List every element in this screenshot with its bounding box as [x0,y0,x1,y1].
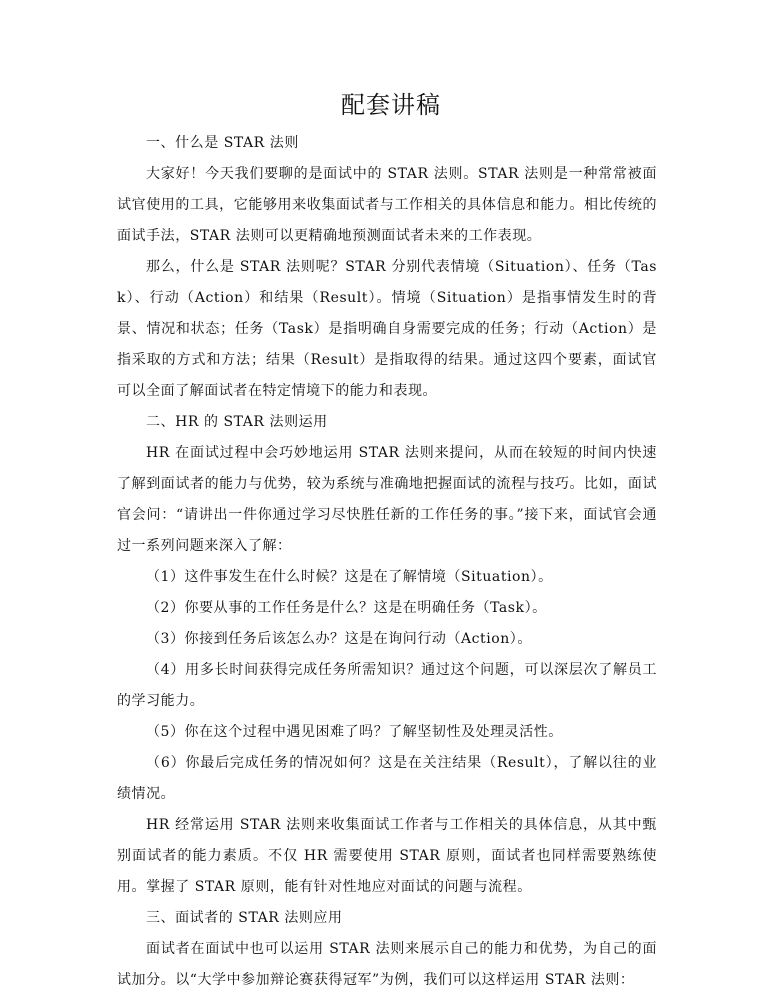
list-item-question-2: （2）你要从事的工作任务是什么？这是在明确任务（Task）。 [117,593,657,624]
list-item-question-5: （5）你在这个过程中遇见困难了吗？了解坚韧性及处理灵活性。 [117,717,657,748]
section-heading-3: 三、面试者的 STAR 法则应用 [117,903,657,934]
document-page: 配套讲稿 一、什么是 STAR 法则 大家好！今天我们要聊的是面试中的 STAR… [117,88,657,996]
document-title: 配套讲稿 [125,88,657,122]
list-item-question-3: （3）你接到任务后该怎么办？这是在询问行动（Action）。 [117,624,657,655]
list-item-question-6: （6）你最后完成任务的情况如何？这是在关注结果（Result），了解以往的业绩情… [117,748,657,810]
paragraph-intro: 大家好！今天我们要聊的是面试中的 STAR 法则。STAR 法则是一种常常被面试… [117,159,657,252]
paragraph-hr-usage: HR 在面试过程中会巧妙地运用 STAR 法则来提问，从而在较短的时间内快速了解… [117,438,657,562]
paragraph-candidate-usage: 面试者在面试中也可以运用 STAR 法则来展示自己的能力和优势，为自己的面试加分… [117,934,657,996]
section-heading-1: 一、什么是 STAR 法则 [117,128,657,159]
section-heading-2: 二、HR 的 STAR 法则运用 [117,407,657,438]
list-item-question-1: （1）这件事发生在什么时候？这是在了解情境（Situation）。 [117,562,657,593]
paragraph-star-definition: 那么，什么是 STAR 法则呢？STAR 分别代表情境（Situation）、任… [117,252,657,407]
list-item-question-4: （4）用多长时间获得完成任务所需知识？通过这个问题，可以深层次了解员工的学习能力… [117,655,657,717]
paragraph-hr-summary: HR 经常运用 STAR 法则来收集面试工作者与工作相关的具体信息，从其中甄别面… [117,810,657,903]
